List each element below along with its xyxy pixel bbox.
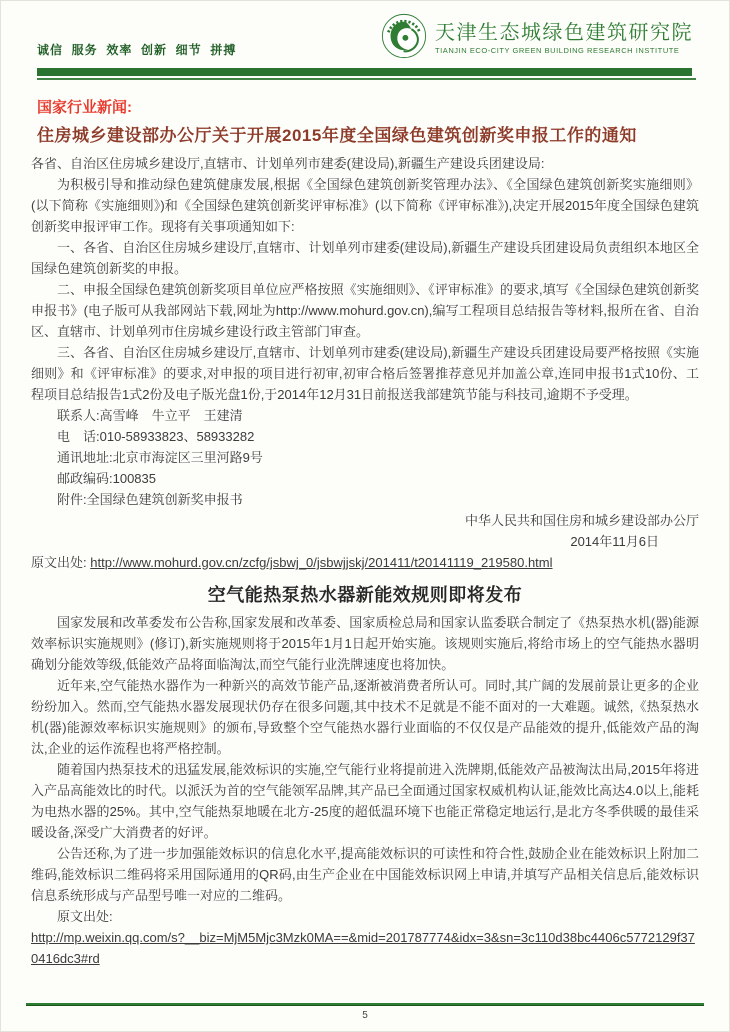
article-2-title: 空气能热泵热水器新能效规则即将发布: [31, 581, 699, 607]
article-1-paragraph: 二、申报全国绿色建筑创新奖项目单位应严格按照《实施细则》、《评审标准》的要求,填…: [31, 279, 699, 342]
header-green-rule: [37, 78, 696, 80]
article-2-source-row: http://mp.weixin.qq.com/s?__biz=MjM5Mjc3…: [31, 927, 699, 969]
article-2: 空气能热泵热水器新能效规则即将发布 国家发展和改革委发布公告称,国家发展和改革委…: [31, 581, 699, 969]
contact-person-line: 联系人:高雪峰 牛立平 王建清: [31, 405, 699, 426]
article-2-paragraph: 国家发展和改革委发布公告称,国家发展和改革委、国家质检总局和国家认监委联合制定了…: [31, 612, 699, 675]
article-2-body: 国家发展和改革委发布公告称,国家发展和改革委、国家质检总局和国家认监委联合制定了…: [31, 612, 699, 969]
section-label: 国家行业新闻:: [37, 96, 699, 117]
article-2-paragraph: 公告还称,为了进一步加强能效标识的信息化水平,提高能效标识的可读性和符合性,鼓励…: [31, 843, 699, 906]
article-1: 住房城乡建设部办公厅关于开展2015年度全国绿色建筑创新奖申报工作的通知 各省、…: [31, 121, 699, 573]
article-1-signoff: 中华人民共和国住房和城乡建设部办公厅: [31, 510, 699, 531]
attachment-line: 附件:全国绿色建筑创新奖申报书: [31, 489, 699, 510]
article-2-source-link[interactable]: http://mp.weixin.qq.com/s?__biz=MjM5Mjc3…: [31, 930, 695, 966]
org-name-en: TIANJIN ECO-CITY GREEN BUILDING RESEARCH…: [435, 45, 693, 56]
source-label: 原文出处:: [31, 555, 87, 570]
article-2-paragraph: 随着国内热泵技术的迅猛发展,能效标识的实施,空气能行业将提前进入洗牌期,低能效产…: [31, 759, 699, 843]
header-green-bar: [37, 68, 692, 76]
contact-phone-line: 电 话:010-58933823、58933282: [31, 426, 699, 447]
article-1-paragraph: 一、各省、自治区住房城乡建设厅,直辖市、计划单列市建委(建设局),新疆生产建设兵…: [31, 237, 699, 279]
contact-address-line: 通讯地址:北京市海淀区三里河路9号: [31, 447, 699, 468]
article-1-source-link[interactable]: http://www.mohurd.gov.cn/zcfg/jsbwj_0/js…: [90, 555, 552, 570]
slogan-text: 诚信 服务 效率 创新 细节 拼搏: [37, 41, 236, 64]
article-1-salutation: 各省、自治区住房城乡建设厅,直辖市、计划单列市建委(建设局),新疆生产建设兵团建…: [31, 153, 699, 174]
footer-green-rule: [26, 1003, 704, 1006]
article-1-date: 2014年11月6日: [31, 531, 699, 552]
org-identity: 天津生态城绿色建筑研究院 TIANJIN ECO-CITY GREEN BUIL…: [381, 13, 693, 64]
article-2-paragraph: 近年来,空气能热水器作为一种新兴的高效节能产品,逐渐被消费者所认可。同时,其广阔…: [31, 675, 699, 759]
article-1-paragraph: 为积极引导和推动绿色建筑健康发展,根据《全国绿色建筑创新奖管理办法》、《全国绿色…: [31, 174, 699, 237]
org-name-cn: 天津生态城绿色建筑研究院: [435, 21, 693, 45]
eco-city-logo-icon: [381, 13, 427, 64]
article-1-source-row: 原文出处: http://www.mohurd.gov.cn/zcfg/jsbw…: [31, 552, 699, 573]
document-page: 诚信 服务 效率 创新 细节 拼搏 天津生态城绿色建筑研究院 TIANJIN E…: [0, 0, 730, 1032]
article-2-source-label: 原文出处:: [31, 906, 699, 927]
contact-postcode-line: 邮政编码:100835: [31, 468, 699, 489]
article-1-paragraph: 三、各省、自治区住房城乡建设厅,直辖市、计划单列市建委(建设局),新疆生产建设兵…: [31, 342, 699, 405]
page-footer: 5: [1, 1003, 729, 1031]
article-1-title: 住房城乡建设部办公厅关于开展2015年度全国绿色建筑创新奖申报工作的通知: [37, 121, 699, 146]
article-1-body: 各省、自治区住房城乡建设厅,直辖市、计划单列市建委(建设局),新疆生产建设兵团建…: [31, 153, 699, 573]
org-name-block: 天津生态城绿色建筑研究院 TIANJIN ECO-CITY GREEN BUIL…: [435, 21, 693, 56]
page-header: 诚信 服务 效率 创新 细节 拼搏 天津生态城绿色建筑研究院 TIANJIN E…: [1, 1, 729, 64]
page-content: 国家行业新闻: 住房城乡建设部办公厅关于开展2015年度全国绿色建筑创新奖申报工…: [1, 80, 729, 969]
page-number: 5: [1, 1010, 729, 1021]
